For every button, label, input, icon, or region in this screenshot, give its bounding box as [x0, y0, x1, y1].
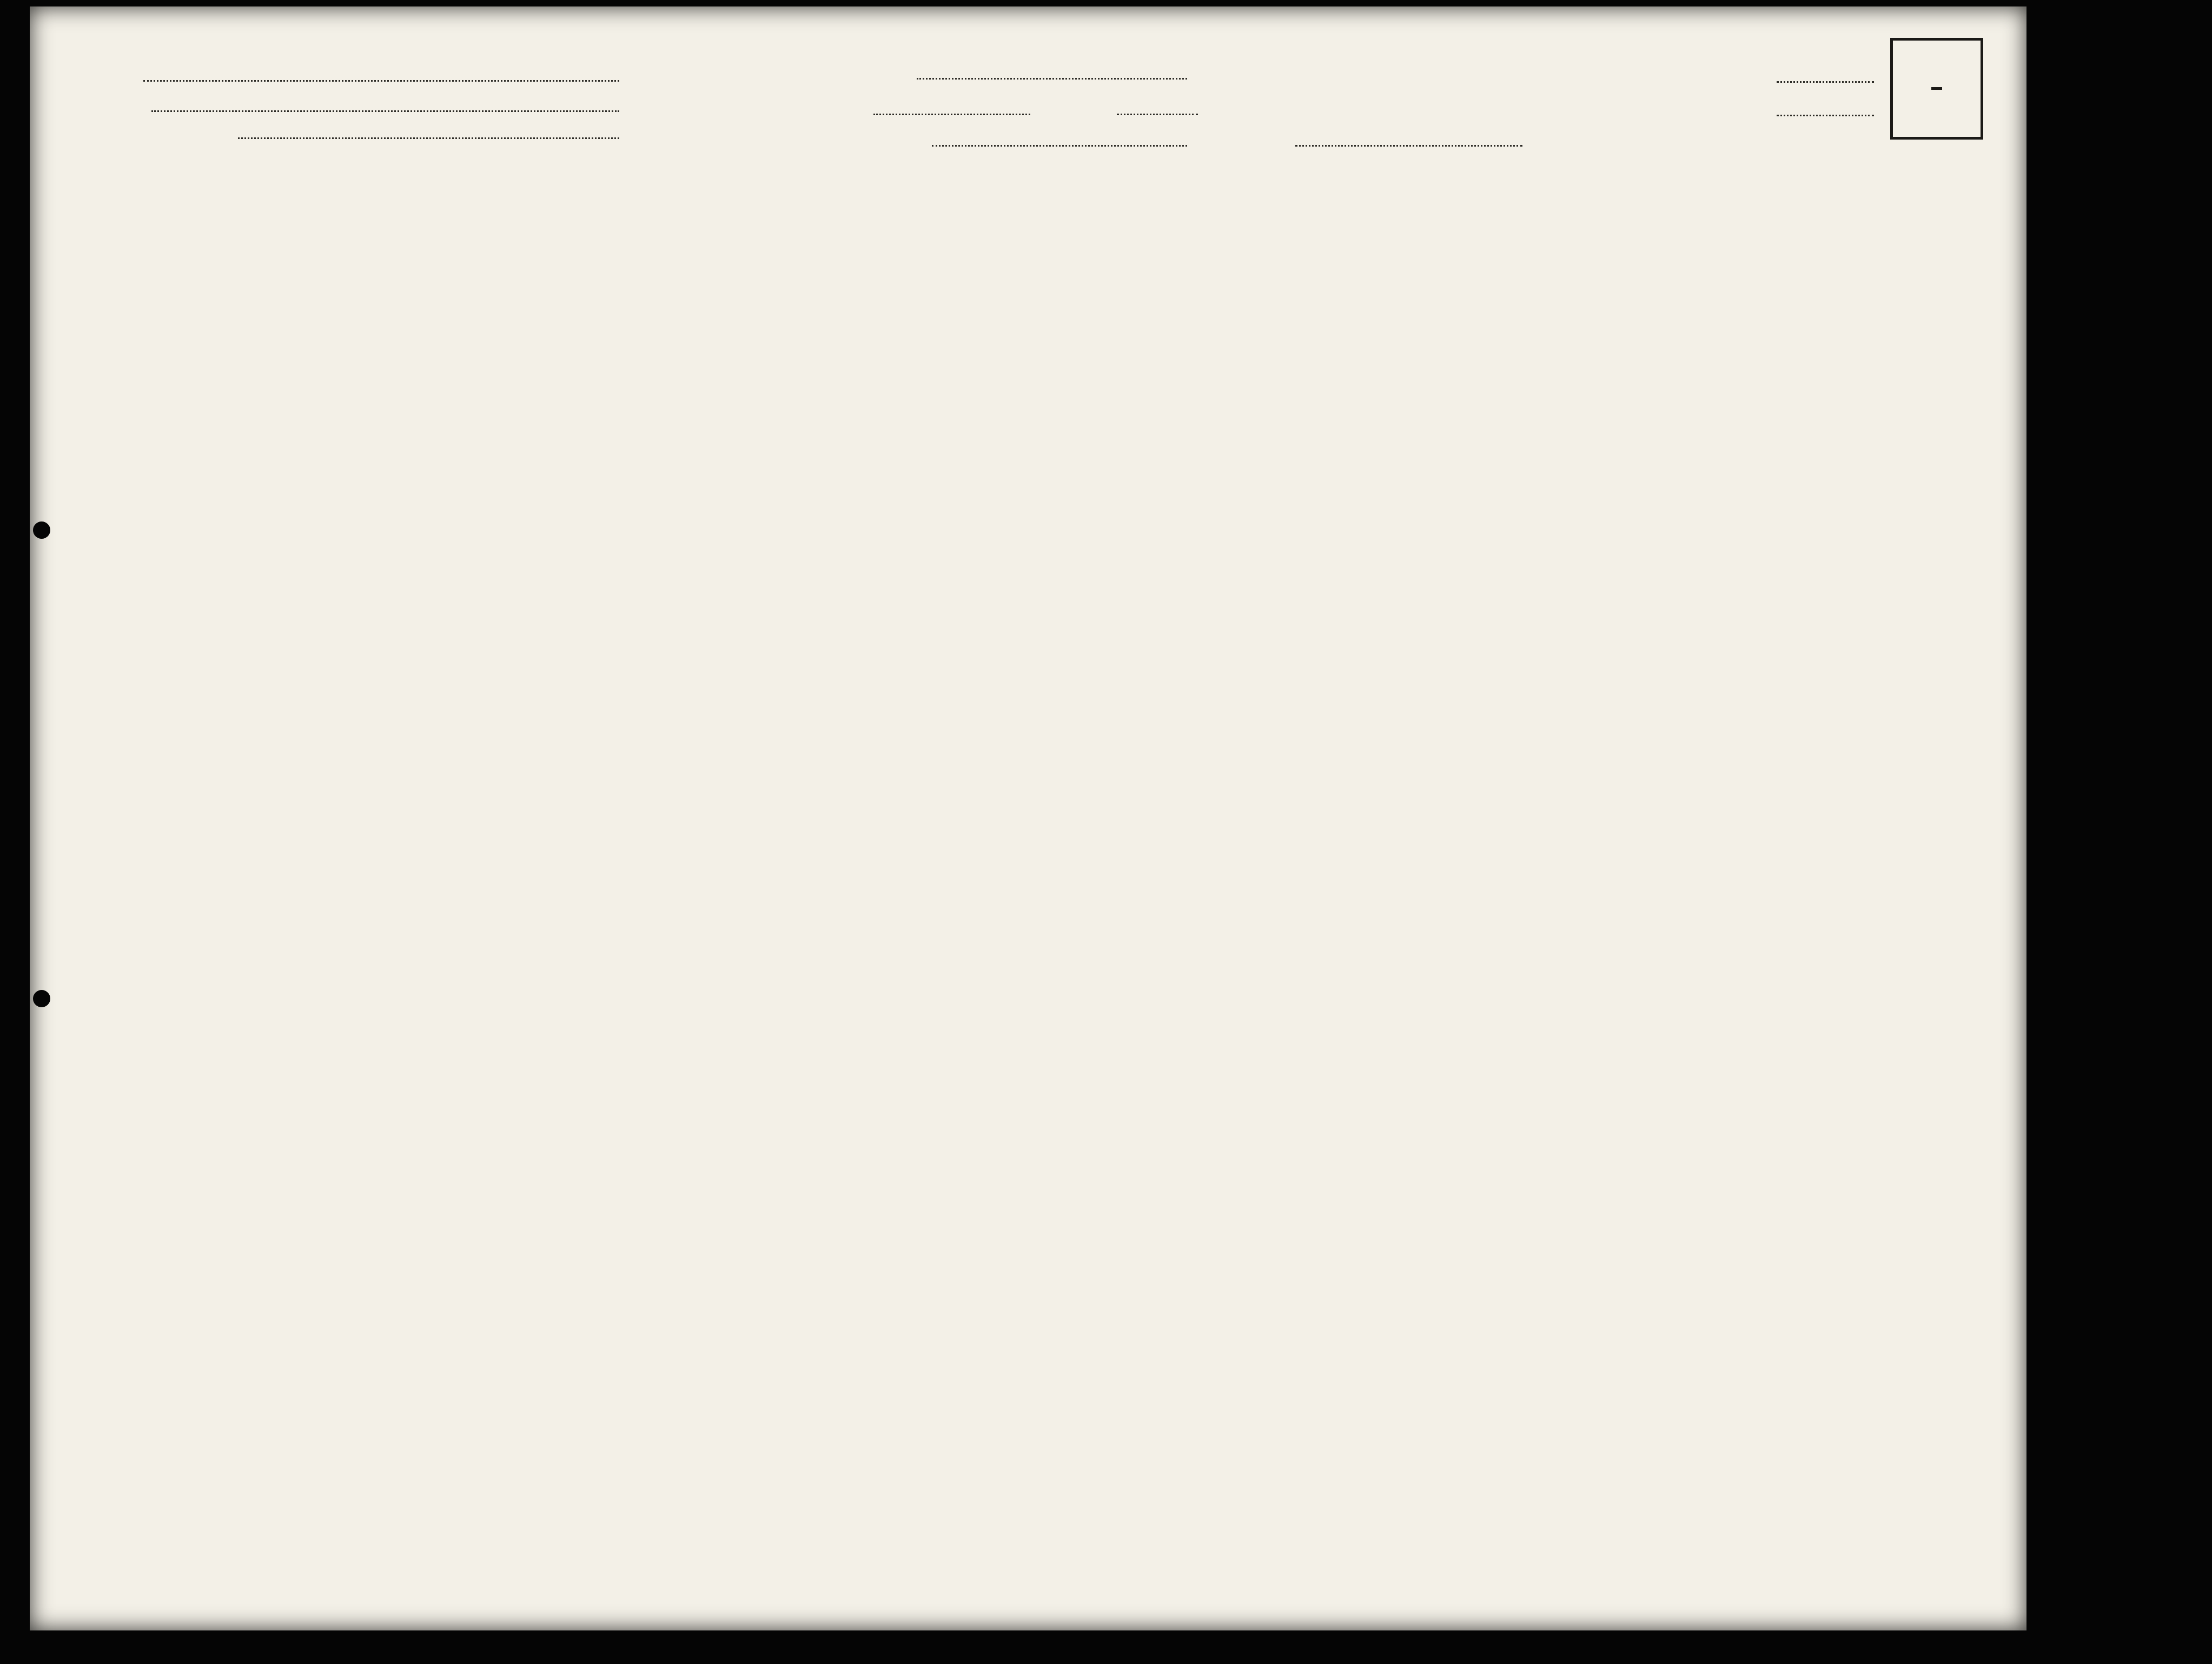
sheet-value — [1931, 50, 1942, 90]
hole-punch — [33, 521, 50, 539]
incorporated-line — [917, 58, 1187, 80]
ward-line — [873, 94, 1030, 115]
township-label — [100, 117, 112, 140]
sd-line — [1777, 95, 1874, 116]
township-line — [238, 115, 619, 139]
unincorporated-line — [932, 126, 1187, 147]
state-line — [143, 61, 619, 82]
institution-line — [1295, 126, 1522, 147]
entries-required-title — [698, 1544, 1001, 1551]
sheet-number-box — [1890, 38, 1983, 140]
census-scan-page — [0, 0, 2212, 1664]
county-line — [151, 91, 619, 112]
block-line — [1117, 94, 1198, 115]
abbreviations-block — [38, 1544, 677, 1551]
entries-required-block — [1023, 1544, 1834, 1551]
ed-line — [1777, 62, 1874, 83]
hole-punch — [33, 990, 50, 1007]
census-form-paper — [30, 6, 2026, 1630]
footer-notes — [38, 1544, 2018, 1551]
